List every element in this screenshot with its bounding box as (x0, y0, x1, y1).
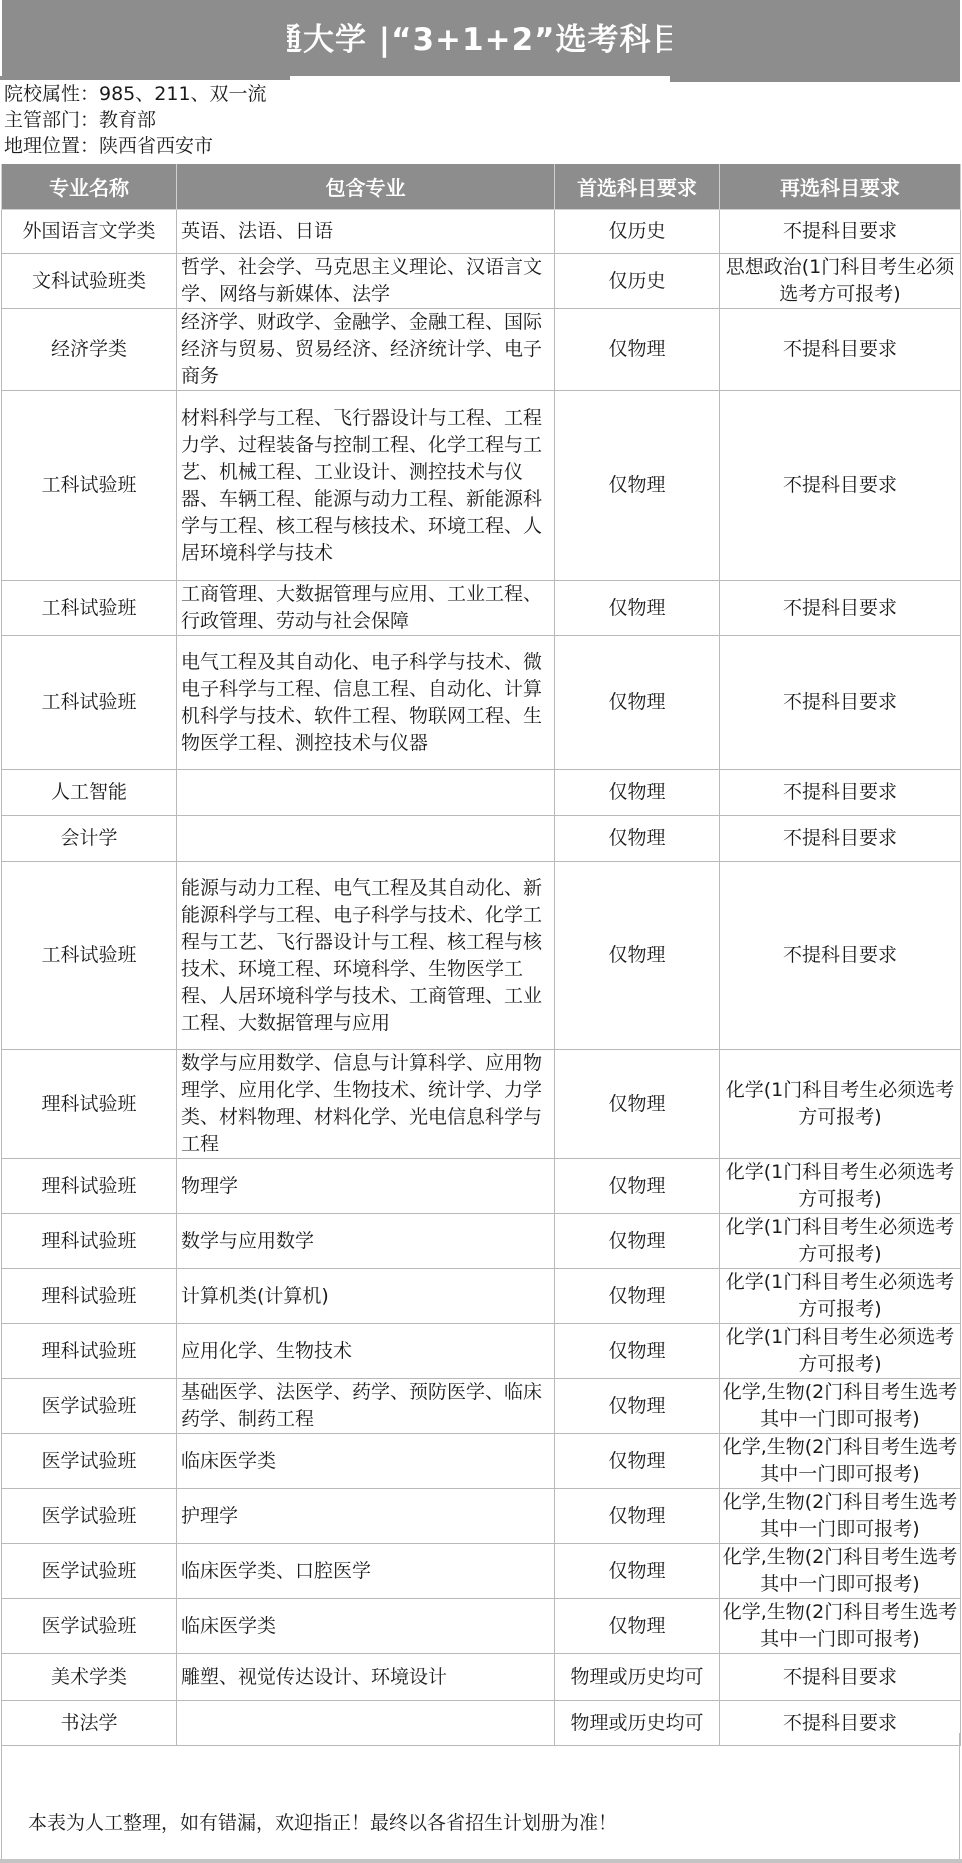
table-row: 经济学类经济学、财政学、金融学、金融工程、国际经济与贸易、贸易经济、经济统计学、… (2, 309, 961, 391)
table-row: 医学试验班临床医学类仅物理化学,生物(2门科目考生选考其中一门即可报考) (2, 1434, 961, 1489)
included-majors-cell: 电气工程及其自动化、电子科学与技术、微电子科学与工程、信息工程、自动化、计算机科… (177, 636, 555, 770)
second-subject-cell: 不提科目要求 (720, 816, 961, 862)
table-row: 医学试验班护理学仅物理化学,生物(2门科目考生选考其中一门即可报考) (2, 1489, 961, 1544)
included-majors-cell: 数学与应用数学、信息与计算科学、应用物理学、应用化学、生物技术、统计学、力学类、… (177, 1050, 555, 1159)
major-name-cell: 理科试验班 (2, 1050, 177, 1159)
included-majors-cell (177, 770, 555, 816)
table-row: 理科试验班物理学仅物理化学(1门科目考生必须选考方可报考) (2, 1159, 961, 1214)
first-subject-cell: 仅物理 (555, 816, 720, 862)
included-majors-cell: 数学与应用数学 (177, 1214, 555, 1269)
major-name-cell: 会计学 (2, 816, 177, 862)
disclaimer-note: 本表为人工整理，如有错漏，欢迎指正！最终以各省招生计划册为准！ (28, 1811, 617, 1835)
first-subject-cell: 仅物理 (555, 1489, 720, 1544)
included-majors-cell: 护理学 (177, 1489, 555, 1544)
first-subject-cell: 仅物理 (555, 1269, 720, 1324)
major-name-cell: 工科试验班 (2, 391, 177, 581)
table-row: 理科试验班计算机类(计算机)仅物理化学(1门科目考生必须选考方可报考) (2, 1269, 961, 1324)
included-majors-cell: 哲学、社会学、马克思主义理论、汉语言文学、网络与新媒体、法学 (177, 254, 555, 309)
second-subject-cell: 化学(1门科目考生必须选考方可报考) (720, 1214, 961, 1269)
second-subject-cell: 化学,生物(2门科目考生选考其中一门即可报考) (720, 1544, 961, 1599)
second-subject-cell: 思想政治(1门科目考生必须选考方可报考) (720, 254, 961, 309)
second-subject-cell: 化学(1门科目考生必须选考方可报考) (720, 1159, 961, 1214)
major-name-cell: 医学试验班 (2, 1434, 177, 1489)
table-row: 美术学类雕塑、视觉传达设计、环境设计物理或历史均可不提科目要求 (2, 1654, 961, 1701)
page-title: 通大学 |“3+1+2”选考科目 (287, 18, 672, 62)
title-banner-edge (0, 76, 290, 80)
included-majors-cell: 基础医学、法医学、药学、预防医学、临床药学、制药工程 (177, 1379, 555, 1434)
first-subject-cell: 仅物理 (555, 1050, 720, 1159)
included-majors-cell: 临床医学类 (177, 1599, 555, 1654)
first-subject-cell: 仅物理 (555, 1214, 720, 1269)
first-subject-cell: 仅物理 (555, 1434, 720, 1489)
table-row: 工科试验班能源与动力工程、电气工程及其自动化、新能源科学与工程、电子科学与技术、… (2, 862, 961, 1050)
included-majors-cell (177, 816, 555, 862)
first-subject-cell: 仅物理 (555, 1599, 720, 1654)
included-majors-cell: 物理学 (177, 1159, 555, 1214)
second-subject-cell: 不提科目要求 (720, 636, 961, 770)
major-name-cell: 理科试验班 (2, 1324, 177, 1379)
included-majors-cell: 工商管理、大数据管理与应用、工业工程、行政管理、劳动与社会保障 (177, 581, 555, 636)
subject-requirements-table: 专业名称 包含专业 首选科目要求 再选科目要求 外国语言文学类英语、法语、日语仅… (1, 164, 961, 1746)
column-header-second-subject: 再选科目要求 (720, 164, 961, 210)
second-subject-cell: 化学,生物(2门科目考生选考其中一门即可报考) (720, 1599, 961, 1654)
table-row: 工科试验班电气工程及其自动化、电子科学与技术、微电子科学与工程、信息工程、自动化… (2, 636, 961, 770)
second-subject-cell: 化学,生物(2门科目考生选考其中一门即可报考) (720, 1379, 961, 1434)
second-subject-cell: 不提科目要求 (720, 210, 961, 254)
first-subject-cell: 物理或历史均可 (555, 1654, 720, 1701)
included-majors-cell: 能源与动力工程、电气工程及其自动化、新能源科学与工程、电子科学与技术、化学工程与… (177, 862, 555, 1050)
second-subject-cell: 不提科目要求 (720, 581, 961, 636)
second-subject-cell: 化学(1门科目考生必须选考方可报考) (720, 1324, 961, 1379)
first-subject-cell: 仅物理 (555, 1544, 720, 1599)
column-header-first-subject: 首选科目要求 (555, 164, 720, 210)
first-subject-cell: 仅物理 (555, 309, 720, 391)
major-name-cell: 经济学类 (2, 309, 177, 391)
major-name-cell: 医学试验班 (2, 1544, 177, 1599)
first-subject-cell: 仅历史 (555, 210, 720, 254)
column-header-major-name: 专业名称 (2, 164, 177, 210)
major-name-cell: 工科试验班 (2, 581, 177, 636)
first-subject-cell: 仅物理 (555, 770, 720, 816)
included-majors-cell: 临床医学类、口腔医学 (177, 1544, 555, 1599)
first-subject-cell: 仅物理 (555, 1324, 720, 1379)
geographic-location: 地理位置：陕西省西安市 (4, 134, 213, 158)
table-body: 外国语言文学类英语、法语、日语仅历史不提科目要求文科试验班类哲学、社会学、马克思… (2, 210, 961, 1746)
table-header-row: 专业名称 包含专业 首选科目要求 再选科目要求 (2, 164, 961, 210)
included-majors-cell: 雕塑、视觉传达设计、环境设计 (177, 1654, 555, 1701)
major-name-cell: 医学试验班 (2, 1489, 177, 1544)
table-row: 人工智能仅物理不提科目要求 (2, 770, 961, 816)
table-row: 工科试验班材料科学与工程、飞行器设计与工程、工程力学、过程装备与控制工程、化学工… (2, 391, 961, 581)
table-row: 外国语言文学类英语、法语、日语仅历史不提科目要求 (2, 210, 961, 254)
major-name-cell: 工科试验班 (2, 862, 177, 1050)
table-row: 理科试验班数学与应用数学仅物理化学(1门科目考生必须选考方可报考) (2, 1214, 961, 1269)
second-subject-cell: 不提科目要求 (720, 1654, 961, 1701)
second-subject-cell: 化学,生物(2门科目考生选考其中一门即可报考) (720, 1489, 961, 1544)
second-subject-cell: 不提科目要求 (720, 391, 961, 581)
table-row: 医学试验班基础医学、法医学、药学、预防医学、临床药学、制药工程仅物理化学,生物(… (2, 1379, 961, 1434)
included-majors-cell: 应用化学、生物技术 (177, 1324, 555, 1379)
table-row: 文科试验班类哲学、社会学、马克思主义理论、汉语言文学、网络与新媒体、法学仅历史思… (2, 254, 961, 309)
table-row: 工科试验班工商管理、大数据管理与应用、工业工程、行政管理、劳动与社会保障仅物理不… (2, 581, 961, 636)
first-subject-cell: 仅物理 (555, 391, 720, 581)
supervising-department: 主管部门：教育部 (4, 108, 156, 132)
included-majors-cell: 经济学、财政学、金融学、金融工程、国际经济与贸易、贸易经济、经济统计学、电子商务 (177, 309, 555, 391)
major-name-cell: 工科试验班 (2, 636, 177, 770)
second-subject-cell: 化学(1门科目考生必须选考方可报考) (720, 1050, 961, 1159)
table-row: 医学试验班临床医学类仅物理化学,生物(2门科目考生选考其中一门即可报考) (2, 1599, 961, 1654)
major-name-cell: 外国语言文学类 (2, 210, 177, 254)
major-name-cell: 医学试验班 (2, 1599, 177, 1654)
title-banner-edge (670, 76, 960, 82)
major-name-cell: 人工智能 (2, 770, 177, 816)
second-subject-cell: 不提科目要求 (720, 309, 961, 391)
included-majors-cell: 计算机类(计算机) (177, 1269, 555, 1324)
included-majors-cell: 材料科学与工程、飞行器设计与工程、工程力学、过程装备与控制工程、化学工程与工艺、… (177, 391, 555, 581)
second-subject-cell: 化学(1门科目考生必须选考方可报考) (720, 1269, 961, 1324)
major-name-cell: 美术学类 (2, 1654, 177, 1701)
major-name-cell: 医学试验班 (2, 1379, 177, 1434)
first-subject-cell: 仅物理 (555, 636, 720, 770)
major-name-cell: 理科试验班 (2, 1214, 177, 1269)
second-subject-cell: 不提科目要求 (720, 770, 961, 816)
included-majors-cell: 英语、法语、日语 (177, 210, 555, 254)
bottom-divider (0, 1859, 962, 1863)
first-subject-cell: 仅物理 (555, 862, 720, 1050)
second-subject-cell: 不提科目要求 (720, 862, 961, 1050)
column-header-included-majors: 包含专业 (177, 164, 555, 210)
major-name-cell: 文科试验班类 (2, 254, 177, 309)
footer-box: 本表为人工整理，如有错漏，欢迎指正！最终以各省招生计划册为准！ (1, 1733, 960, 1860)
major-name-cell: 理科试验班 (2, 1269, 177, 1324)
school-attributes: 院校属性：985、211、双一流 (4, 82, 267, 106)
second-subject-cell: 化学,生物(2门科目考生选考其中一门即可报考) (720, 1434, 961, 1489)
table-row: 理科试验班数学与应用数学、信息与计算科学、应用物理学、应用化学、生物技术、统计学… (2, 1050, 961, 1159)
first-subject-cell: 仅物理 (555, 1379, 720, 1434)
first-subject-cell: 仅历史 (555, 254, 720, 309)
table-row: 医学试验班临床医学类、口腔医学仅物理化学,生物(2门科目考生选考其中一门即可报考… (2, 1544, 961, 1599)
first-subject-cell: 仅物理 (555, 1159, 720, 1214)
table-row: 会计学仅物理不提科目要求 (2, 816, 961, 862)
major-name-cell: 理科试验班 (2, 1159, 177, 1214)
included-majors-cell: 临床医学类 (177, 1434, 555, 1489)
first-subject-cell: 仅物理 (555, 581, 720, 636)
table-row: 理科试验班应用化学、生物技术仅物理化学(1门科目考生必须选考方可报考) (2, 1324, 961, 1379)
